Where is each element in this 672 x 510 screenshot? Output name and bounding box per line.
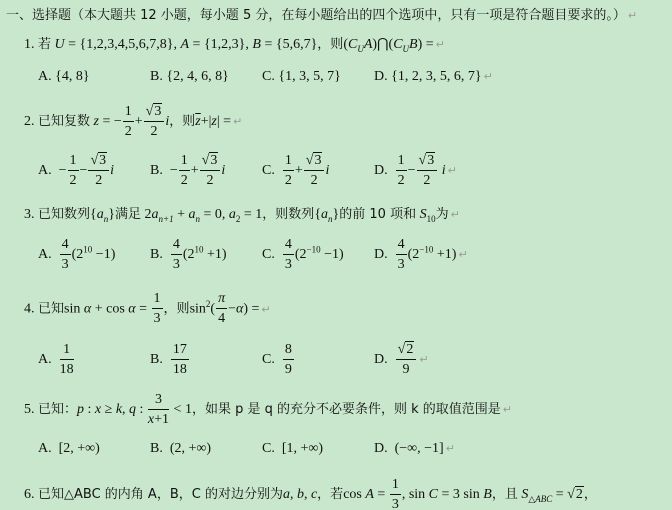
option-text: {1, 3, 5, 7} bbox=[278, 69, 340, 84]
option-label: B. bbox=[150, 163, 163, 178]
stem-prefix: 已知△ABC 的内角 A，B，C 的对边分别为 bbox=[38, 487, 283, 502]
question-number: 2. bbox=[24, 114, 35, 129]
option-text: (2, +∞) bbox=[170, 441, 211, 456]
paragraph-mark-icon: ↵ bbox=[503, 403, 512, 416]
option-b[interactable]: B. 1718 bbox=[150, 343, 190, 377]
option-b[interactable]: B. (2, +∞) bbox=[150, 441, 211, 457]
paragraph-mark-icon: ↵ bbox=[419, 353, 428, 366]
option-c[interactable]: C. [1, +∞) bbox=[262, 441, 323, 457]
section-header: 一、选择题（本大题共 12 小题，每小题 5 分，在每小题给出的四个选项中，只有… bbox=[6, 7, 637, 25]
option-text: {2, 4, 6, 8} bbox=[166, 69, 228, 84]
option-text: {4, 8} bbox=[55, 69, 89, 84]
option-b[interactable]: B. 43(210 +1) bbox=[150, 238, 227, 272]
option-c[interactable]: C. {1, 3, 5, 7} bbox=[262, 69, 341, 85]
stem-math: U bbox=[55, 37, 65, 52]
question-number: 4. bbox=[24, 302, 35, 317]
option-a[interactable]: A. 43(210 −1) bbox=[38, 238, 115, 272]
option-b[interactable]: B. −12+√32i bbox=[150, 154, 225, 188]
option-d[interactable]: D. (−∞, −1]↵ bbox=[374, 441, 455, 457]
question-3: 3. 已知数列{an}满足 2an+1 + an = 0, a2 = 1，则数列… bbox=[24, 206, 460, 228]
option-label: C. bbox=[262, 163, 275, 178]
stem-prefix: 已知数列 bbox=[38, 207, 90, 222]
question-2: 2. 已知复数 z = −12+√32i，则z+|z| =↵ bbox=[24, 104, 242, 140]
option-label: C. bbox=[262, 69, 275, 84]
paragraph-mark-icon: ↵ bbox=[436, 38, 445, 51]
option-text: {1, 2, 3, 5, 6, 7} bbox=[391, 69, 481, 84]
question-number: 3. bbox=[24, 207, 35, 222]
stem-mid: ，则 bbox=[164, 302, 190, 317]
stem-mid: ，若 bbox=[317, 487, 343, 502]
option-text: (−∞, −1] bbox=[395, 441, 444, 456]
option-label: C. bbox=[262, 352, 275, 367]
paragraph-mark-icon: ↵ bbox=[628, 9, 637, 22]
option-label: A. bbox=[38, 163, 52, 178]
stem-prefix: 已知 bbox=[38, 302, 64, 317]
option-label: A. bbox=[38, 352, 52, 367]
question-number: 1. bbox=[24, 37, 35, 52]
option-b[interactable]: B. {2, 4, 6, 8} bbox=[150, 69, 229, 85]
option-label: D. bbox=[374, 163, 388, 178]
option-label: C. bbox=[262, 441, 275, 456]
stem-prefix: 若 bbox=[38, 37, 51, 52]
question-4: 4. 已知sin α + cos α = 13，则sin2(π4−α) =↵ bbox=[24, 286, 271, 328]
paragraph-mark-icon: ↵ bbox=[458, 248, 467, 261]
option-label: A. bbox=[38, 247, 52, 262]
option-label: D. bbox=[374, 352, 388, 367]
option-label: B. bbox=[150, 441, 163, 456]
option-d[interactable]: D. √29↵ bbox=[374, 343, 429, 377]
option-label: C. bbox=[262, 247, 275, 262]
paragraph-mark-icon: ↵ bbox=[233, 115, 242, 128]
option-d[interactable]: D. 12−√32 i↵ bbox=[374, 154, 457, 188]
option-label: B. bbox=[150, 69, 163, 84]
option-text: [1, +∞) bbox=[282, 441, 323, 456]
section-header-text: 一、选择题（本大题共 12 小题，每小题 5 分，在每小题给出的四个选项中，只有… bbox=[6, 8, 626, 23]
paragraph-mark-icon: ↵ bbox=[484, 70, 493, 83]
option-c[interactable]: C. 89 bbox=[262, 343, 295, 377]
stem-prefix: 已知： bbox=[38, 402, 77, 417]
stem-prefix: 已知复数 bbox=[38, 114, 90, 129]
option-label: A. bbox=[38, 69, 52, 84]
option-a[interactable]: A. 118 bbox=[38, 343, 75, 377]
option-text: [2, +∞) bbox=[59, 441, 100, 456]
stem-mid: ，如果 p 是 q 的充分不必要条件，则 k 的取值范围是 bbox=[192, 402, 501, 417]
option-label: B. bbox=[150, 352, 163, 367]
option-d[interactable]: D. 43(2−10 +1)↵ bbox=[374, 238, 468, 272]
option-a[interactable]: A. [2, +∞) bbox=[38, 441, 100, 457]
option-label: D. bbox=[374, 69, 388, 84]
option-a[interactable]: A. −12−√32i bbox=[38, 154, 114, 188]
question-number: 6. bbox=[24, 487, 35, 502]
question-5: 5. 已知：p : x ≥ k, q : 3x+1 < 1，如果 p 是 q 的… bbox=[24, 392, 512, 428]
paragraph-mark-icon: ↵ bbox=[451, 208, 460, 221]
paragraph-mark-icon: ↵ bbox=[261, 303, 270, 316]
paragraph-mark-icon: ↵ bbox=[448, 164, 457, 177]
question-6: 6. 已知△ABC 的内角 A，B，C 的对边分别为a, b, c，若cos A… bbox=[24, 477, 597, 510]
option-label: B. bbox=[150, 247, 163, 262]
option-label: A. bbox=[38, 441, 52, 456]
option-d[interactable]: D. {1, 2, 3, 5, 6, 7}↵ bbox=[374, 69, 493, 85]
option-label: D. bbox=[374, 441, 388, 456]
option-a[interactable]: A. {4, 8} bbox=[38, 69, 90, 85]
stem-mid: ，则 bbox=[317, 37, 343, 52]
question-1: 1. 若 U = {1,2,3,4,5,6,7,8}, A = {1,2,3},… bbox=[24, 36, 445, 58]
option-label: D. bbox=[374, 247, 388, 262]
paragraph-mark-icon: ↵ bbox=[446, 442, 455, 455]
option-c[interactable]: C. 43(2−10 −1) bbox=[262, 238, 344, 272]
option-c[interactable]: C. 12+√32i bbox=[262, 154, 329, 188]
stem-mid: ，则 bbox=[169, 114, 195, 129]
question-number: 5. bbox=[24, 402, 35, 417]
